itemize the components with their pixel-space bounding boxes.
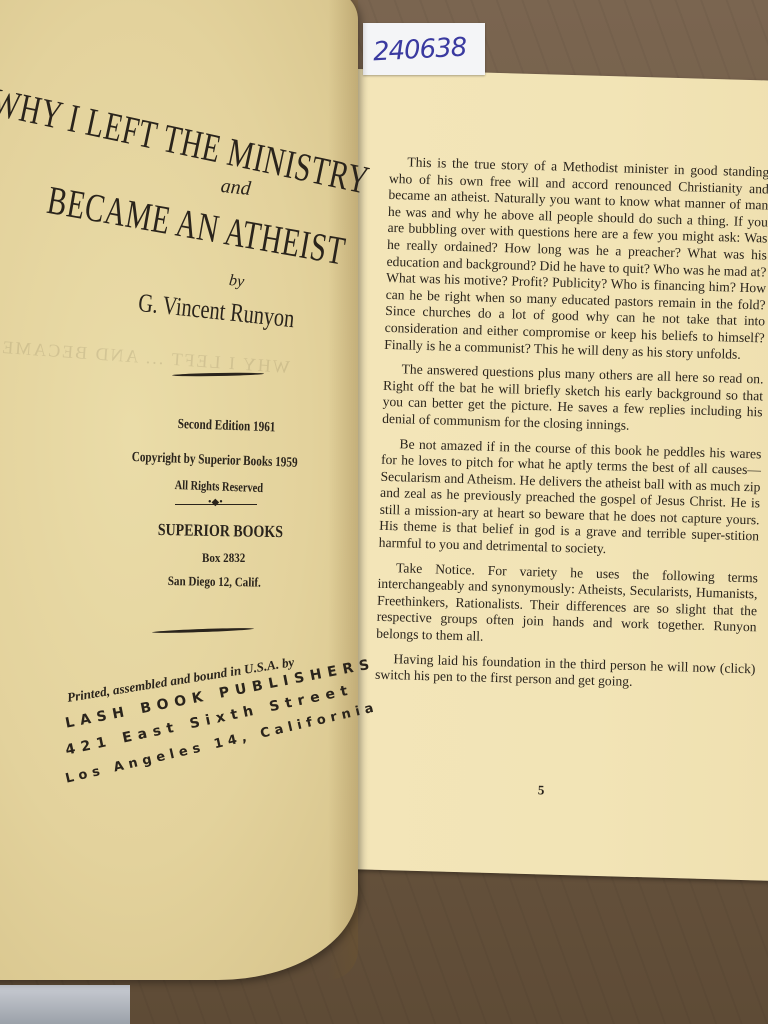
rights-text: All Rights Reserved <box>174 477 263 496</box>
spine-shadow <box>328 0 358 980</box>
divider-rule-2 <box>152 627 254 634</box>
by-label: by <box>228 272 245 291</box>
paragraph-4: Take Notice. For variety he uses the fol… <box>376 559 758 653</box>
publisher-box: Box 2832 <box>202 550 245 566</box>
paragraph-1: This is the true story of a Methodist mi… <box>384 154 768 364</box>
divider-rule <box>172 372 264 377</box>
right-page: This is the true story of a Methodist mi… <box>300 68 768 881</box>
publisher-name: SUPERIOR BOOKS <box>158 520 283 542</box>
paragraph-3: Be not amazed if in the course of this b… <box>379 435 762 562</box>
paragraph-5: Having laid his foundation in the third … <box>375 650 756 694</box>
ornament-divider: •◆• <box>175 504 257 505</box>
copyright-text: Copyright by Superior Books 1959 <box>131 450 297 472</box>
paragraph-2: The answered questions plus many others … <box>382 361 764 438</box>
catalog-tag: 240638 <box>363 23 485 75</box>
body-text: This is the true story of a Methodist mi… <box>375 154 768 702</box>
author-name: G. Vincent Runyon <box>137 288 296 334</box>
left-page: WHY I LEFT ... AND BECAME WHY I LEFT THE… <box>0 0 358 980</box>
page-number: 5 <box>538 782 545 798</box>
background-gap <box>0 985 130 1024</box>
diamond-ornament-icon: •◆• <box>208 497 223 508</box>
edition-text: Second Edition 1961 <box>177 417 275 436</box>
title-and: and <box>220 175 252 201</box>
publisher-city: San Diego 12, Calif. <box>168 573 261 591</box>
catalog-number: 240638 <box>372 33 467 68</box>
